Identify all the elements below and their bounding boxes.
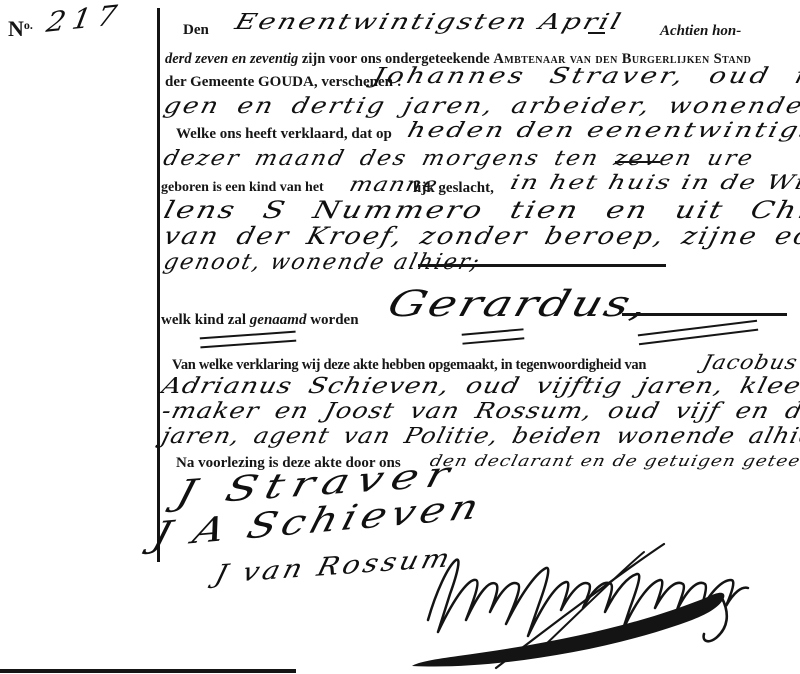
printed-witnesses-clause: Van welke verklaring wij deze akte hebbe… (172, 357, 646, 374)
signature-registrar-flourish (398, 528, 793, 670)
hw-closing: den declarant en de getuigen geteekend. (428, 452, 800, 470)
record-number-value: 217 (44, 0, 126, 39)
hw-mother-1: van der Kroef, zonder beroep, zijne echt… (161, 222, 800, 250)
margin-rule (157, 8, 160, 562)
hw-birthplace-2: lens S Nummero tien en uit Christina (161, 196, 800, 224)
hw-declarant-2: gen en dertig jaren, arbeider, wonende a… (161, 94, 800, 119)
printed-municipality: der Gemeente GOUDA, verschenen : (165, 74, 402, 91)
name-filler-rule (622, 313, 787, 316)
scan-edge (0, 669, 296, 673)
hw-birthplace-1: in het huis in de Wil- (508, 170, 800, 194)
closing-dashes-center (462, 328, 525, 344)
printed-born-start: geboren is een kind van het (161, 180, 324, 196)
hw-witness-4: jaren, agent van Politie, beiden wonende… (159, 424, 800, 449)
closing-dashes-left (200, 331, 297, 349)
record-number-label: No. (8, 16, 33, 42)
mother-filler-rule (418, 264, 666, 267)
printed-name-clause: welk kind zal genaamd worden (161, 312, 359, 329)
printed-gender-suffix: lijk geslacht, (413, 180, 494, 197)
hw-mother-2: genoot, wonende alhier; (161, 250, 484, 275)
closing-dashes-right (638, 320, 758, 346)
record-number-sup: o. (24, 18, 33, 32)
record-number-n: N (8, 16, 24, 41)
hw-witness-1: Jacobus (700, 350, 800, 374)
hw-witness-3: -maker en Joost van Rossum, oud vijf en … (159, 399, 800, 424)
hw-declarant-1: Johannes Straver, oud ne- (370, 64, 800, 89)
printed-name-1: welk kind zal (161, 312, 246, 328)
printed-year-start: Achtien hon- (660, 23, 741, 40)
printed-name-2: worden (310, 312, 358, 328)
printed-declaration-start: Welke ons heeft verklaard, dat op (176, 126, 392, 143)
handwritten-date: Eenentwintigsten April (232, 10, 626, 35)
date-filler-dash (588, 32, 605, 34)
birth-certificate-scan: No. 217 Den Eenentwintigsten April Achti… (0, 0, 800, 674)
moment-filler-dash (615, 161, 660, 163)
printed-name-genaamd: genaamd (250, 312, 307, 328)
hw-moment-1: heden den eenentwintigsten (405, 118, 800, 142)
printed-year-cont: derd zeven en zeventig (165, 51, 298, 67)
hw-moment-2: dezer maand des morgens ten zeven ure (161, 146, 757, 170)
hw-child-name: Gerardus, (383, 284, 655, 325)
hw-witness-2: Adrianus Schieven, oud vijftig jaren, kl… (159, 374, 800, 399)
printed-den: Den (183, 22, 209, 39)
